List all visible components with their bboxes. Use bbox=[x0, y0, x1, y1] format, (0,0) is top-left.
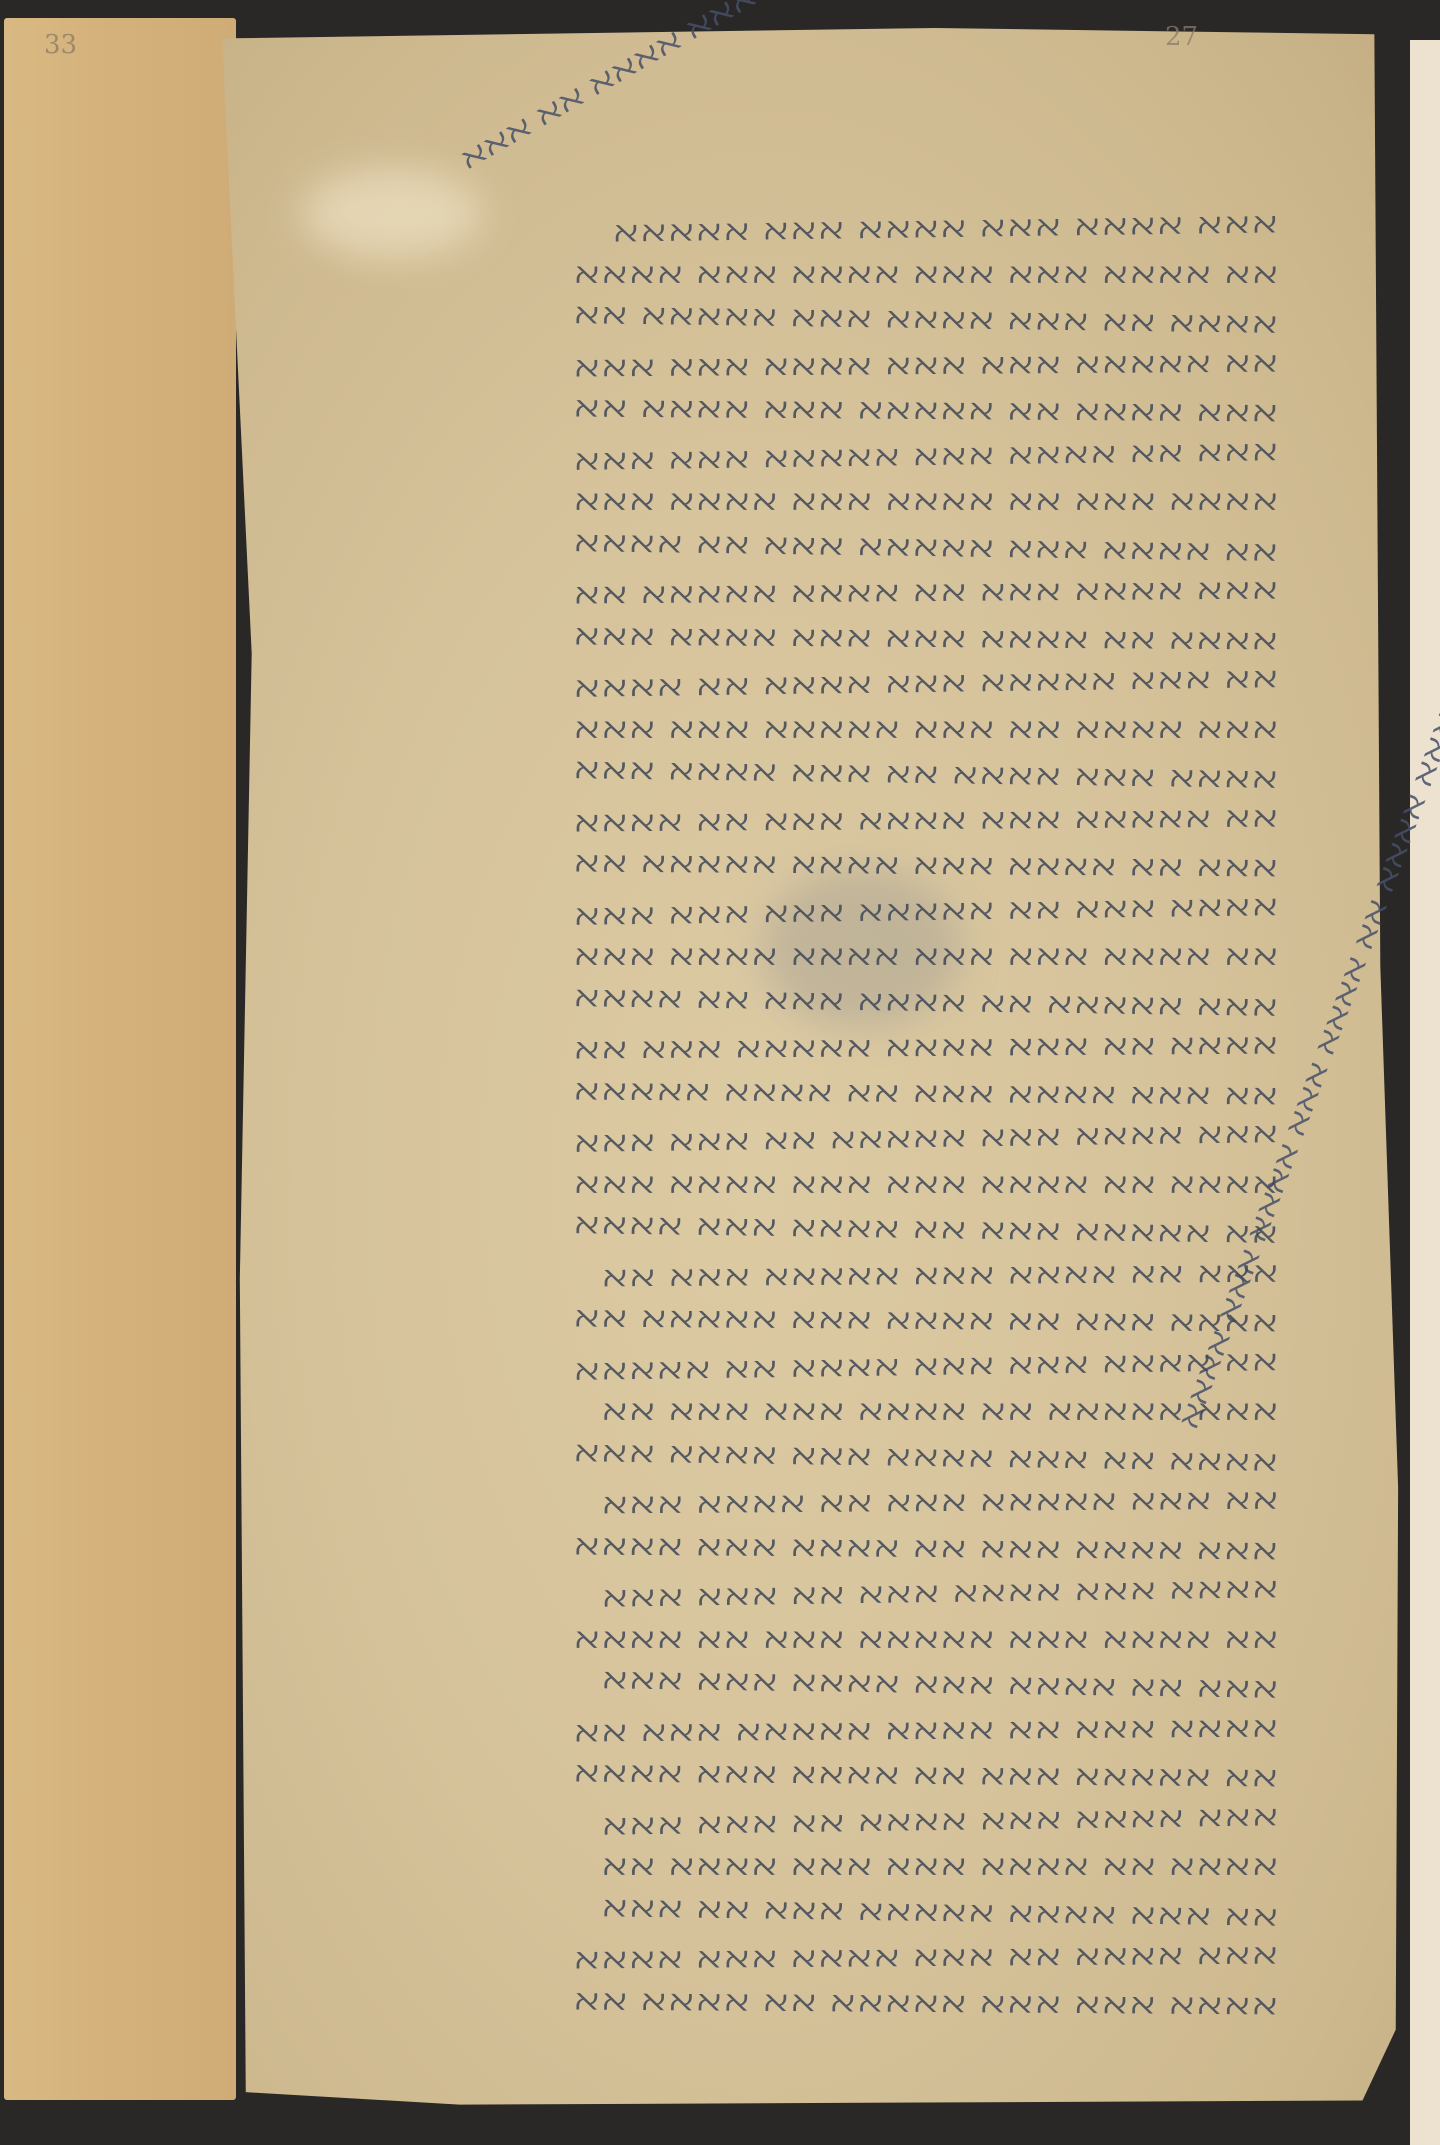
text-line: ﬡﬡﬡ ﬡﬡﬡﬡ ﬡﬡﬡ ﬡﬡ ﬡﬡﬡﬡ ﬡﬡﬡﬡﬡ ﬡﬡ bbox=[235, 564, 1280, 610]
text-line: ﬡﬡ ﬡﬡﬡﬡ ﬡﬡﬡ ﬡﬡﬡﬡﬡ ﬡﬡﬡ ﬡﬡ ﬡﬡﬡﬡ bbox=[235, 1611, 1280, 1657]
text-line-content: ﬡﬡ ﬡﬡﬡﬡ ﬡﬡﬡ ﬡﬡﬡﬡﬡ ﬡﬡﬡ ﬡﬡ ﬡﬡﬡﬡ bbox=[574, 1621, 1280, 1645]
text-line-content: ﬡﬡﬡ ﬡﬡﬡﬡ ﬡﬡﬡ ﬡﬡﬡﬡﬡ ﬡﬡ ﬡﬡﬡ ﬡﬡﬡ bbox=[574, 1115, 1280, 1149]
text-line: ﬡﬡﬡ ﬡﬡ ﬡﬡﬡﬡ ﬡﬡﬡ ﬡﬡﬡﬡ ﬡﬡﬡﬡﬡ ﬡﬡ bbox=[235, 837, 1280, 883]
text-line-content: ﬡﬡﬡ ﬡﬡﬡﬡ ﬡﬡ ﬡﬡﬡﬡﬡ ﬡﬡﬡ ﬡﬡﬡﬡ ﬡﬡ bbox=[574, 390, 1280, 419]
text-line: ﬡﬡﬡ ﬡﬡﬡﬡ ﬡﬡﬡ ﬡﬡﬡﬡ ﬡﬡ ﬡﬡﬡ ﬡﬡﬡ bbox=[235, 1793, 1280, 1839]
text-line: ﬡﬡﬡ ﬡﬡﬡﬡﬡ ﬡﬡ ﬡﬡﬡﬡ ﬡﬡﬡ ﬡﬡ ﬡﬡﬡﬡ bbox=[235, 974, 1280, 1020]
text-line-content: ﬡﬡﬡ ﬡﬡ ﬡﬡﬡﬡ ﬡﬡﬡ ﬡﬡﬡﬡﬡ ﬡﬡﬡ ﬡﬡ bbox=[602, 1254, 1280, 1283]
text-line-content: ﬡﬡﬡ ﬡﬡﬡﬡﬡ ﬡﬡ ﬡﬡﬡﬡ ﬡﬡﬡ ﬡﬡﬡ ﬡﬡ bbox=[602, 1393, 1280, 1417]
text-line-content: ﬡﬡﬡﬡ ﬡﬡﬡ ﬡﬡﬡﬡ ﬡﬡﬡ ﬡﬡ ﬡﬡﬡ ﬡﬡﬡ bbox=[602, 1570, 1280, 1603]
text-line: ﬡﬡﬡﬡ ﬡﬡﬡ ﬡﬡﬡﬡ ﬡﬡﬡ ﬡﬡ ﬡﬡﬡ ﬡﬡﬡ bbox=[235, 1565, 1280, 1611]
text-line-content: ﬡﬡﬡ ﬡﬡﬡﬡ ﬡﬡﬡ ﬡﬡﬡﬡ ﬡﬡﬡ ﬡﬡﬡﬡﬡ bbox=[613, 205, 1280, 238]
text-line: ﬡﬡ ﬡﬡﬡﬡﬡ ﬡﬡﬡ ﬡﬡﬡ ﬡﬡﬡﬡ ﬡﬡﬡ ﬡﬡﬡ bbox=[235, 337, 1280, 383]
text-line-content: ﬡﬡﬡ ﬡﬡ ﬡﬡﬡﬡ ﬡﬡﬡ ﬡﬡﬡﬡ ﬡﬡﬡ ﬡﬡﬡ bbox=[602, 1661, 1280, 1694]
text-line-content: ﬡﬡ ﬡﬡﬡﬡ ﬡﬡﬡ ﬡﬡﬡ ﬡﬡﬡﬡ ﬡﬡﬡﬡ ﬡﬡﬡ bbox=[574, 938, 1280, 962]
text-line: ﬡﬡﬡﬡ ﬡﬡﬡ ﬡﬡﬡﬡ ﬡﬡ ﬡﬡﬡ ﬡﬡﬡﬡ ﬡﬡﬡ bbox=[235, 746, 1280, 792]
text-line-content: ﬡﬡﬡﬡ ﬡﬡﬡ ﬡﬡ ﬡﬡﬡﬡ ﬡﬡﬡ ﬡﬡﬡﬡﬡ ﬡﬡ bbox=[574, 1300, 1280, 1329]
binding-guard-strip: 33 bbox=[4, 18, 236, 2100]
text-line: ﬡﬡﬡﬡ ﬡﬡﬡ ﬡﬡﬡ ﬡﬡﬡﬡﬡ ﬡﬡ ﬡﬡﬡﬡ ﬡﬡ bbox=[235, 1975, 1280, 2021]
text-line: ﬡﬡ ﬡﬡﬡ ﬡﬡﬡﬡ ﬡﬡﬡ ﬡﬡ ﬡﬡﬡﬡ ﬡﬡﬡﬡﬡ bbox=[235, 1065, 1280, 1111]
text-line-content: ﬡﬡ ﬡﬡﬡﬡ ﬡﬡﬡ ﬡﬡﬡﬡﬡ ﬡﬡﬡ ﬡﬡ ﬡﬡﬡﬡ bbox=[574, 524, 1280, 558]
text-line-content: ﬡﬡﬡ ﬡﬡ ﬡﬡﬡﬡ ﬡﬡﬡ ﬡﬡﬡﬡﬡ ﬡﬡﬡ ﬡﬡﬡ bbox=[574, 433, 1280, 467]
text-line: ﬡﬡﬡ ﬡﬡ ﬡﬡﬡﬡ ﬡﬡﬡ ﬡﬡﬡﬡﬡ ﬡﬡﬡ ﬡﬡ bbox=[235, 1247, 1280, 1293]
mount-board bbox=[1410, 40, 1440, 2145]
text-line: ﬡﬡﬡﬡ ﬡﬡﬡ ﬡﬡ ﬡﬡﬡﬡ ﬡﬡﬡ ﬡﬡﬡﬡﬡ ﬡﬡ bbox=[235, 1292, 1280, 1338]
text-line-content: ﬡﬡﬡ ﬡﬡﬡﬡ ﬡﬡﬡ ﬡﬡﬡﬡ ﬡﬡ ﬡﬡﬡ ﬡﬡﬡ bbox=[602, 1798, 1280, 1831]
text-line-content: ﬡﬡﬡﬡ ﬡﬡ ﬡﬡﬡﬡ ﬡﬡﬡ ﬡﬡﬡ ﬡﬡﬡﬡ ﬡﬡﬡ bbox=[574, 1166, 1280, 1190]
text-line-content: ﬡﬡ ﬡﬡﬡﬡ ﬡﬡﬡ ﬡﬡﬡ ﬡﬡﬡﬡ ﬡﬡ ﬡﬡﬡﬡﬡ bbox=[574, 1343, 1280, 1377]
text-line: ﬡﬡﬡﬡ ﬡﬡ ﬡﬡﬡ ﬡﬡﬡﬡ ﬡﬡﬡ ﬡﬡﬡﬡﬡ ﬡﬡ bbox=[235, 291, 1280, 337]
text-line-content: ﬡﬡﬡﬡ ﬡﬡ ﬡﬡﬡﬡ ﬡﬡﬡ ﬡﬡﬡ ﬡﬡﬡﬡ ﬡﬡ bbox=[602, 1848, 1280, 1872]
text-line: ﬡﬡﬡﬡ ﬡﬡﬡ ﬡﬡ ﬡﬡﬡﬡ ﬡﬡﬡﬡﬡ ﬡﬡﬡ ﬡﬡ bbox=[235, 1702, 1280, 1748]
text-line-content: ﬡﬡﬡﬡ ﬡﬡ ﬡﬡﬡ ﬡﬡﬡﬡ ﬡﬡﬡ ﬡﬡﬡﬡﬡ ﬡﬡ bbox=[574, 296, 1280, 330]
text-line-content: ﬡﬡ ﬡﬡﬡ ﬡﬡﬡﬡ ﬡﬡﬡ ﬡﬡ ﬡﬡﬡﬡ ﬡﬡﬡﬡﬡ bbox=[574, 1072, 1280, 1101]
text-line: ﬡﬡ ﬡﬡﬡﬡﬡ ﬡﬡﬡ ﬡﬡ ﬡﬡﬡﬡ ﬡﬡﬡ ﬡﬡﬡﬡ bbox=[235, 1747, 1280, 1793]
text-line: ﬡﬡﬡ ﬡﬡﬡﬡﬡ ﬡﬡ ﬡﬡﬡﬡ ﬡﬡﬡ ﬡﬡﬡ ﬡﬡ bbox=[235, 1383, 1280, 1429]
text-line-content: ﬡﬡﬡﬡ ﬡﬡﬡ ﬡﬡ ﬡﬡﬡﬡ ﬡﬡﬡ ﬡﬡﬡﬡ ﬡﬡﬡ bbox=[574, 483, 1280, 507]
text-line: ﬡﬡﬡ ﬡﬡﬡﬡ ﬡﬡ ﬡﬡﬡﬡﬡ ﬡﬡﬡ ﬡﬡﬡﬡ ﬡﬡ bbox=[235, 382, 1280, 428]
text-line: ﬡﬡ ﬡﬡﬡﬡ ﬡﬡﬡ ﬡﬡﬡ ﬡﬡﬡﬡ ﬡﬡ ﬡﬡﬡﬡﬡ bbox=[235, 1338, 1280, 1384]
text-line-content: ﬡﬡﬡﬡ ﬡﬡ ﬡﬡﬡﬡ ﬡﬡﬡ ﬡﬡﬡ ﬡﬡﬡﬡ ﬡﬡﬡ bbox=[574, 617, 1280, 646]
text-line: ﬡﬡ ﬡﬡﬡ ﬡﬡﬡﬡ ﬡﬡﬡﬡﬡ ﬡﬡﬡ ﬡﬡ ﬡﬡﬡ bbox=[235, 1884, 1280, 1930]
text-line-content: ﬡﬡﬡ ﬡﬡﬡﬡﬡ ﬡﬡ ﬡﬡﬡﬡ ﬡﬡﬡ ﬡﬡ ﬡﬡﬡﬡ bbox=[574, 979, 1280, 1013]
text-line-content: ﬡﬡﬡﬡ ﬡﬡﬡ ﬡﬡ ﬡﬡﬡﬡﬡ ﬡﬡﬡ ﬡﬡﬡ ﬡﬡﬡ bbox=[574, 888, 1280, 922]
text-line: ﬡﬡﬡ ﬡﬡﬡﬡ ﬡﬡﬡ ﬡﬡ ﬡﬡﬡﬡ ﬡﬡﬡ ﬡﬡﬡﬡ bbox=[235, 1520, 1280, 1566]
text-line-content: ﬡﬡﬡﬡ ﬡﬡﬡ ﬡﬡﬡ ﬡﬡﬡﬡﬡ ﬡﬡ ﬡﬡﬡﬡ ﬡﬡ bbox=[574, 1982, 1280, 2011]
text-line: ﬡﬡﬡﬡ ﬡﬡﬡ ﬡﬡ ﬡﬡﬡﬡ ﬡﬡﬡ ﬡﬡﬡﬡ ﬡﬡﬡ bbox=[235, 473, 1280, 519]
text-line-content: ﬡﬡﬡﬡ ﬡﬡ ﬡﬡﬡ ﬡﬡﬡﬡ ﬡﬡﬡ ﬡﬡﬡﬡ ﬡﬡﬡ bbox=[574, 1434, 1280, 1468]
text-line: ﬡﬡﬡﬡ ﬡﬡ ﬡﬡﬡﬡ ﬡﬡﬡ ﬡﬡﬡ ﬡﬡﬡﬡ ﬡﬡﬡ bbox=[235, 1156, 1280, 1202]
text-line: ﬡﬡﬡﬡ ﬡﬡ ﬡﬡﬡﬡ ﬡﬡﬡ ﬡﬡﬡ ﬡﬡﬡﬡ ﬡﬡ bbox=[235, 1838, 1280, 1884]
text-line-content: ﬡﬡﬡ ﬡﬡﬡﬡ ﬡﬡ ﬡﬡﬡ ﬡﬡﬡﬡﬡ ﬡﬡﬡ ﬡﬡﬡ bbox=[574, 711, 1280, 735]
folio-number-right: 27 bbox=[1165, 22, 1198, 52]
text-line-content: ﬡﬡﬡ ﬡﬡ ﬡﬡﬡﬡ ﬡﬡﬡ ﬡﬡﬡﬡ ﬡﬡﬡﬡﬡ ﬡﬡ bbox=[574, 845, 1280, 874]
text-line: ﬡﬡﬡﬡ ﬡﬡ ﬡﬡﬡ ﬡﬡﬡﬡ ﬡﬡﬡ ﬡﬡﬡﬡ ﬡﬡﬡ bbox=[235, 1429, 1280, 1475]
text-line: ﬡﬡ ﬡﬡﬡﬡﬡ ﬡﬡﬡ ﬡﬡﬡﬡ ﬡﬡﬡ ﬡﬡ ﬡﬡﬡﬡ bbox=[235, 792, 1280, 838]
text-line: ﬡﬡ ﬡﬡﬡ ﬡﬡﬡﬡﬡ ﬡﬡﬡ ﬡﬡﬡﬡ ﬡﬡ ﬡﬡﬡﬡ bbox=[235, 655, 1280, 701]
text-line: ﬡﬡﬡﬡ ﬡﬡﬡ ﬡﬡ ﬡﬡﬡﬡﬡ ﬡﬡﬡ ﬡﬡﬡ ﬡﬡﬡ bbox=[235, 883, 1280, 929]
text-line: ﬡﬡﬡ ﬡﬡﬡﬡ ﬡﬡﬡ ﬡﬡﬡﬡ ﬡﬡﬡ ﬡﬡﬡﬡﬡ bbox=[235, 200, 1280, 246]
text-line-content: ﬡﬡﬡﬡ ﬡﬡ ﬡﬡﬡ ﬡﬡﬡﬡ ﬡﬡﬡﬡﬡ ﬡﬡﬡ ﬡﬡ bbox=[574, 1027, 1280, 1056]
text-line-content: ﬡﬡ ﬡﬡﬡﬡﬡ ﬡﬡﬡ ﬡﬡﬡﬡ ﬡﬡﬡ ﬡﬡ ﬡﬡﬡﬡ bbox=[574, 799, 1280, 828]
main-text-block: ﬡﬡﬡ ﬡﬡﬡﬡ ﬡﬡﬡ ﬡﬡﬡﬡ ﬡﬡﬡ ﬡﬡﬡﬡﬡﬡﬡ ﬡﬡﬡﬡ ﬡﬡﬡ ﬡ… bbox=[235, 200, 1280, 2020]
text-line-content: ﬡﬡ ﬡﬡﬡ ﬡﬡﬡﬡﬡ ﬡﬡﬡ ﬡﬡﬡﬡ ﬡﬡ ﬡﬡﬡﬡ bbox=[574, 660, 1280, 694]
text-line-content: ﬡﬡ ﬡﬡﬡﬡﬡ ﬡﬡﬡ ﬡﬡﬡ ﬡﬡﬡﬡ ﬡﬡﬡ ﬡﬡﬡ bbox=[574, 344, 1280, 373]
text-line: ﬡﬡ ﬡﬡﬡﬡ ﬡﬡﬡ ﬡﬡﬡ ﬡﬡﬡﬡ ﬡﬡﬡﬡ ﬡﬡﬡ bbox=[235, 928, 1280, 974]
text-line-content: ﬡﬡ ﬡﬡﬡ ﬡﬡﬡﬡﬡ ﬡﬡﬡ ﬡﬡ ﬡﬡﬡﬡ ﬡﬡﬡ bbox=[602, 1482, 1280, 1511]
text-line-content: ﬡﬡﬡ ﬡﬡﬡﬡ ﬡﬡﬡ ﬡﬡ ﬡﬡﬡﬡ ﬡﬡﬡﬡﬡ ﬡﬡ bbox=[574, 572, 1280, 601]
text-line: ﬡﬡﬡ ﬡﬡ ﬡﬡﬡﬡ ﬡﬡﬡ ﬡﬡﬡﬡﬡ ﬡﬡﬡ ﬡﬡﬡ bbox=[235, 428, 1280, 474]
text-line: ﬡﬡﬡ ﬡﬡﬡﬡ ﬡﬡ ﬡﬡﬡ ﬡﬡﬡﬡ ﬡﬡﬡ ﬡﬡﬡﬡ bbox=[235, 1929, 1280, 1975]
text-line-content: ﬡﬡﬡﬡ ﬡﬡﬡ ﬡﬡﬡﬡ ﬡﬡ ﬡﬡﬡ ﬡﬡﬡﬡ ﬡﬡﬡ bbox=[574, 751, 1280, 785]
text-line-content: ﬡﬡﬡ ﬡﬡﬡﬡ ﬡﬡﬡ ﬡﬡ ﬡﬡﬡﬡ ﬡﬡﬡ ﬡﬡﬡﬡ bbox=[574, 1527, 1280, 1556]
text-line-content: ﬡﬡﬡ ﬡﬡﬡﬡ ﬡﬡ ﬡﬡﬡ ﬡﬡﬡﬡ ﬡﬡﬡ ﬡﬡﬡﬡ bbox=[574, 1937, 1280, 1966]
text-line: ﬡﬡ ﬡﬡﬡﬡ ﬡﬡﬡ ﬡﬡﬡ ﬡﬡﬡﬡ ﬡﬡﬡ ﬡﬡﬡﬡ bbox=[235, 246, 1280, 292]
text-line: ﬡﬡﬡ ﬡﬡﬡﬡ ﬡﬡ ﬡﬡﬡ ﬡﬡﬡﬡﬡ ﬡﬡﬡ ﬡﬡﬡ bbox=[235, 701, 1280, 747]
text-line: ﬡﬡ ﬡﬡﬡﬡﬡ ﬡﬡﬡ ﬡﬡ ﬡﬡﬡﬡ ﬡﬡﬡ ﬡﬡﬡﬡ bbox=[235, 1201, 1280, 1247]
text-line: ﬡﬡﬡ ﬡﬡ ﬡﬡﬡﬡ ﬡﬡﬡ ﬡﬡﬡﬡ ﬡﬡﬡ ﬡﬡﬡ bbox=[235, 1656, 1280, 1702]
text-line: ﬡﬡﬡ ﬡﬡﬡﬡ ﬡﬡﬡ ﬡﬡﬡﬡﬡ ﬡﬡ ﬡﬡﬡ ﬡﬡﬡ bbox=[235, 1110, 1280, 1156]
text-line-content: ﬡﬡ ﬡﬡﬡﬡﬡ ﬡﬡﬡ ﬡﬡ ﬡﬡﬡﬡ ﬡﬡﬡ ﬡﬡﬡﬡ bbox=[574, 1755, 1280, 1784]
text-line-content: ﬡﬡ ﬡﬡﬡﬡﬡ ﬡﬡﬡ ﬡﬡ ﬡﬡﬡﬡ ﬡﬡﬡ ﬡﬡﬡﬡ bbox=[574, 1206, 1280, 1240]
text-line: ﬡﬡ ﬡﬡﬡ ﬡﬡﬡﬡﬡ ﬡﬡﬡ ﬡﬡ ﬡﬡﬡﬡ ﬡﬡﬡ bbox=[235, 1474, 1280, 1520]
text-line: ﬡﬡﬡﬡ ﬡﬡ ﬡﬡﬡ ﬡﬡﬡﬡ ﬡﬡﬡﬡﬡ ﬡﬡﬡ ﬡﬡ bbox=[235, 1019, 1280, 1065]
folio-number-left: 33 bbox=[44, 30, 77, 60]
text-line-content: ﬡﬡﬡﬡ ﬡﬡﬡ ﬡﬡ ﬡﬡﬡﬡ ﬡﬡﬡﬡﬡ ﬡﬡﬡ ﬡﬡ bbox=[574, 1709, 1280, 1738]
text-line: ﬡﬡﬡﬡ ﬡﬡ ﬡﬡﬡﬡ ﬡﬡﬡ ﬡﬡﬡ ﬡﬡﬡﬡ ﬡﬡﬡ bbox=[235, 610, 1280, 656]
text-line-content: ﬡﬡ ﬡﬡﬡ ﬡﬡﬡﬡ ﬡﬡﬡﬡﬡ ﬡﬡﬡ ﬡﬡ ﬡﬡﬡ bbox=[602, 1889, 1280, 1922]
text-line-content: ﬡﬡ ﬡﬡﬡﬡ ﬡﬡﬡ ﬡﬡﬡ ﬡﬡﬡﬡ ﬡﬡﬡ ﬡﬡﬡﬡ bbox=[574, 256, 1280, 280]
text-line: ﬡﬡ ﬡﬡﬡﬡ ﬡﬡﬡ ﬡﬡﬡﬡﬡ ﬡﬡﬡ ﬡﬡ ﬡﬡﬡﬡ bbox=[235, 519, 1280, 565]
